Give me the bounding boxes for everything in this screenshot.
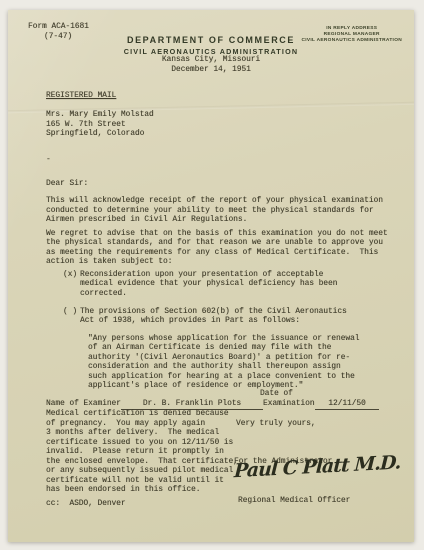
item-1-text: Reconsideration upon your presentation o… bbox=[80, 271, 337, 300]
item-2-text: The provisions of Section 602(b) of the … bbox=[80, 308, 347, 327]
item-2-checkbox: ( ) bbox=[63, 308, 77, 318]
date-of-label: Date of bbox=[260, 390, 293, 400]
dash-mark: - bbox=[46, 156, 51, 166]
examiner-label: Name of Examiner bbox=[46, 400, 121, 410]
letter-date: December 14, 1951 bbox=[8, 66, 414, 76]
examination-label: Examination bbox=[263, 400, 314, 410]
paragraph-regret: We regret to advise that on the basis of… bbox=[46, 230, 388, 268]
letterhead-city: Kansas City, Missouri bbox=[8, 56, 414, 66]
form-number: Form ACA-1681 bbox=[28, 23, 89, 33]
examination-date-field: 12/11/50 bbox=[315, 400, 379, 410]
statute-quote: "Any persons whose application for the i… bbox=[88, 335, 359, 392]
registered-mail-label: REGISTERED MAIL bbox=[46, 92, 116, 102]
recipient-address: Mrs. Mary Emily Molstad 165 W. 7th Stree… bbox=[46, 111, 154, 140]
closing-phrase: Very truly yours, bbox=[236, 420, 316, 430]
letterhead-department: DEPARTMENT OF COMMERCE bbox=[8, 35, 414, 45]
handwritten-signature: Paul C Platt M.D. bbox=[234, 452, 395, 482]
letter-page: Form ACA-1681 (7-47) IN REPLY ADDRESS RE… bbox=[8, 10, 414, 542]
item-1-checkbox: (x) bbox=[63, 271, 77, 281]
salutation: Dear Sir: bbox=[46, 180, 88, 190]
examiner-name-field: Dr. B. Franklin Plots bbox=[121, 400, 263, 410]
paragraph-acknowledge: This will acknowledge receipt of the rep… bbox=[46, 197, 383, 226]
cc-line: cc: ASDO, Denver bbox=[46, 500, 126, 510]
signer-title: Regional Medical Officer bbox=[238, 497, 350, 507]
denial-reason-text: Medical certification is denied because … bbox=[46, 410, 238, 496]
letterhead-agency: CIVIL AERONAUTICS ADMINISTRATION bbox=[8, 47, 414, 56]
